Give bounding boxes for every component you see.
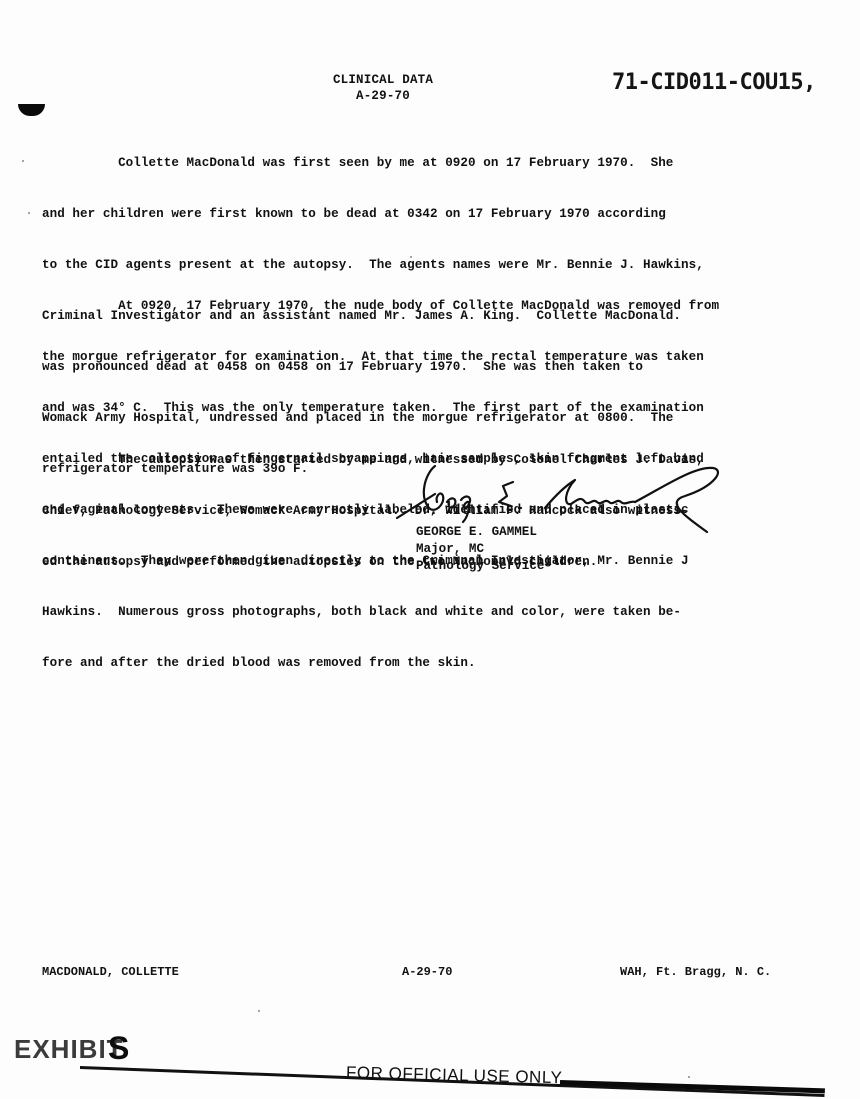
footer-form-number: A-29-70 (402, 965, 452, 979)
form-number: A-29-70 (318, 88, 448, 104)
text-line: Hawkins. Numerous gross photographs, bot… (42, 604, 842, 621)
footer-patient-name: MACDONALD, COLLETTE (42, 965, 179, 979)
text-line: At 0920, 17 February 1970, the nude body… (42, 298, 842, 315)
text-line: and was 34° C. This was the only tempera… (42, 400, 842, 417)
scan-speck (22, 160, 24, 162)
classification-marking: FOR OFFICIAL USE ONLY (346, 1063, 563, 1088)
text-line: fore and after the dried blood was remov… (42, 655, 842, 672)
signature-block: GEORGE E. GAMMEL Major, MC Pathology Ser… (416, 524, 544, 575)
signer-name: GEORGE E. GAMMEL (416, 524, 544, 541)
document-page: CLINICAL DATA A-29-70 71-CID011-COU15, C… (0, 0, 860, 1099)
scan-speck (28, 212, 30, 214)
text-line: Collette MacDonald was first seen by me … (42, 155, 842, 172)
scan-speck (258, 1010, 260, 1012)
scan-speck (410, 256, 412, 258)
margin-mark (18, 104, 45, 116)
text-line: the morgue refrigerator for examination.… (42, 349, 842, 366)
document-title: CLINICAL DATA (318, 72, 448, 88)
signer-rank: Major, MC (416, 541, 544, 558)
scan-speck (688, 1076, 690, 1078)
footer-location: WAH, Ft. Bragg, N. C. (620, 965, 771, 979)
document-header: CLINICAL DATA A-29-70 (318, 72, 448, 104)
document-id-stamp: 71-CID011-COU15, (612, 70, 816, 95)
exhibit-stamp-letter: S (108, 1030, 129, 1067)
text-line: and her children were first known to be … (42, 206, 842, 223)
signer-department: Pathology Service (416, 558, 544, 575)
